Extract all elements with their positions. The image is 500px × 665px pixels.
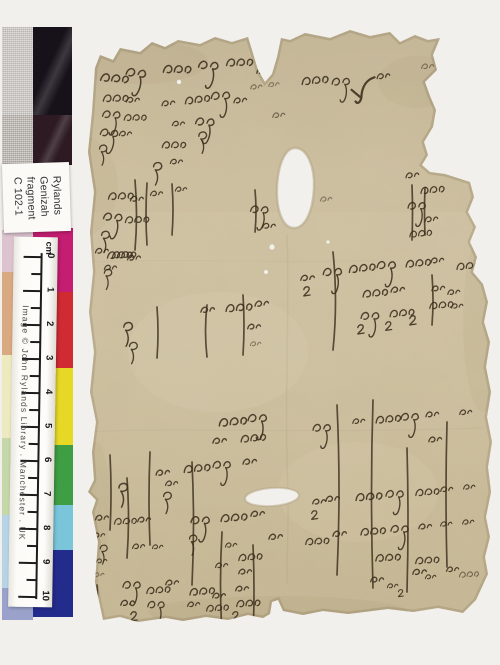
ruler-half-tick (27, 545, 37, 547)
ruler-mark-label: 1 (44, 280, 55, 300)
ruler-half-tick (29, 409, 39, 411)
ruler-tick-10 (18, 596, 36, 598)
shelfmark-line: fragment (23, 176, 37, 219)
patch-gray-mid (2, 115, 33, 165)
ruler-half-tick (28, 511, 38, 513)
parchment-texture (78, 22, 498, 636)
ruler-mark-label: 10 (40, 586, 51, 606)
ruler-mark-label: 2 (44, 314, 55, 334)
patch-gray-light (2, 27, 33, 115)
copyright-credit: Image © John Rylands Library . Mancheste… (16, 253, 31, 593)
ruler-ticks: 012345678910 (14, 237, 58, 238)
cm-ruler: cm 012345678910 Image © John Rylands Lib… (8, 237, 58, 608)
ruler-half-tick (27, 579, 37, 581)
ruler-half-tick (31, 307, 41, 309)
grayscale-calibration-right (33, 27, 72, 165)
shelfmark-line: Genizah (36, 176, 50, 219)
ruler-mark-label: 4 (43, 382, 54, 402)
ruler-mark-label: 7 (41, 484, 52, 504)
ruler-mark-label: 5 (42, 416, 53, 436)
ruler-half-tick (30, 375, 40, 377)
ruler-mark-label: 8 (41, 518, 52, 538)
ruler-half-tick (30, 341, 40, 343)
ruler-half-tick (28, 477, 38, 479)
ruler-mark-label: 9 (40, 552, 51, 572)
patch-black-gloss (33, 27, 72, 115)
shelfmark-line: C 102-1 (10, 176, 24, 219)
manuscript-fragment (78, 22, 498, 636)
ruler-mark-label: 6 (42, 450, 53, 470)
ruler-half-tick (29, 443, 39, 445)
grayscale-calibration-left (2, 27, 33, 165)
ruler-mark-label: 0 (45, 246, 56, 266)
patch-maroon-dark (33, 115, 72, 165)
shelfmark-label: Rylands Genizah fragment C 102-1 (2, 162, 71, 233)
digitized-manuscript-photo: Rylands Genizah fragment C 102-1 cm 0123… (0, 0, 500, 665)
ruler-half-tick (31, 273, 41, 275)
shelfmark-line: Rylands (49, 175, 63, 218)
ruler-mark-label: 3 (43, 348, 54, 368)
shelfmark-text: Rylands Genizah fragment C 102-1 (10, 175, 63, 220)
